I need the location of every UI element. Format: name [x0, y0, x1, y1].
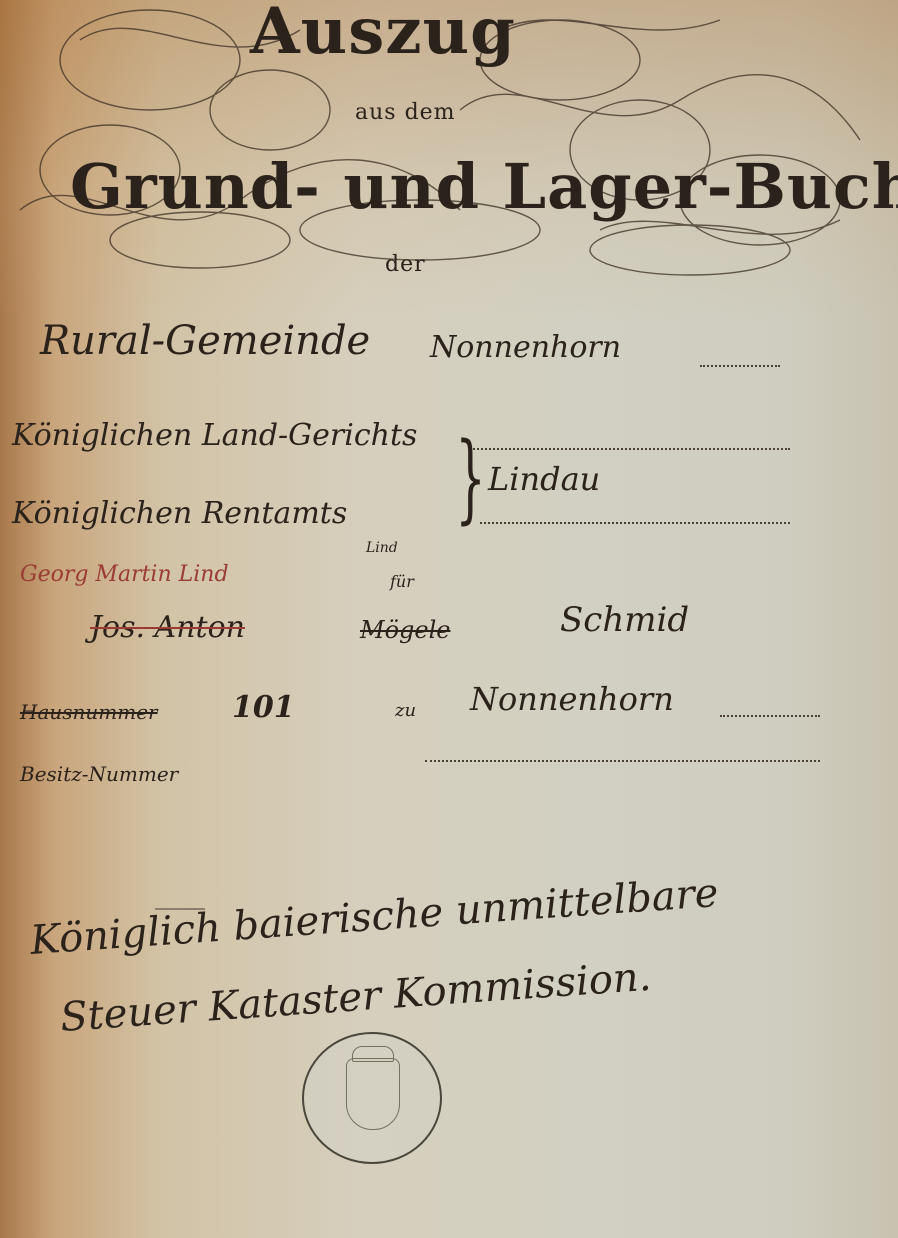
haus-location-prefix: zu	[395, 700, 416, 721]
haus-location: Nonnenhorn	[470, 680, 674, 718]
haus-value: 101	[232, 690, 295, 725]
rentamt-label: Königlichen Rentamts	[12, 496, 347, 531]
haus-label: Hausnummer	[20, 700, 158, 724]
dotted-rule	[720, 715, 820, 717]
dotted-rule	[480, 522, 790, 524]
dotted-rule	[425, 760, 820, 762]
title-book: Grund- und Lager-Buch	[70, 150, 898, 223]
brace-bracket: }	[455, 430, 486, 526]
owner-struck-surname: Mögele	[360, 616, 450, 644]
dotted-rule	[470, 448, 790, 450]
gemeinde-label: Rural-Gemeinde	[40, 318, 370, 364]
royal-seal	[302, 1032, 442, 1164]
owner-red-correction: Georg Martin Lind	[20, 562, 229, 587]
landgericht-label: Königlichen Land-Gerichts	[12, 418, 417, 453]
document-page: Auszug aus dem Grund- und Lager-Buch der…	[0, 0, 898, 1238]
coat-of-arms-icon	[346, 1058, 400, 1130]
owner-surname: Schmid	[560, 600, 689, 640]
owner-insert-above: Lind	[366, 540, 398, 556]
owner-struck-first-name: Jos. Anton	[90, 610, 245, 645]
authority-line-2: Steuer Kataster Kommission.	[59, 954, 653, 1041]
owner-fur: für	[390, 572, 414, 591]
district-value: Lindau	[488, 460, 600, 498]
title-der: der	[385, 252, 426, 277]
dotted-rule	[700, 365, 780, 367]
gemeinde-value: Nonnenhorn	[430, 330, 621, 365]
besitz-label: Besitz-Nummer	[20, 762, 178, 786]
authority-line-1: Königlich baierische unmittelbare	[29, 870, 720, 964]
title-main: Auszug	[250, 0, 516, 69]
title-subtitle: aus dem	[355, 100, 456, 125]
